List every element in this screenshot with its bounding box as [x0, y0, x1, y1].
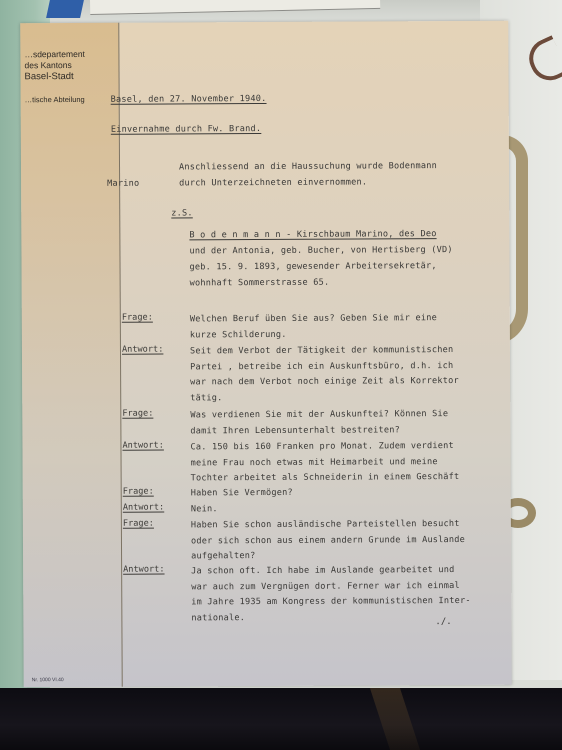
person-line: und der Antonia, geb. Bucher, von Hertis…: [189, 243, 452, 260]
intro-margin-word: Marino: [107, 177, 139, 193]
intro-line-1: Anschliessend an die Haussuchung wurde B…: [179, 159, 437, 176]
dialogue-label: Frage:: [123, 518, 193, 528]
letterhead: …sdepartement des Kantons Basel-Stadt …t…: [24, 49, 85, 105]
dialogue-text-line: Ca. 150 bis 160 Franken pro Monat. Zudem…: [190, 439, 453, 456]
dialogue-text-line: Haben Sie schon ausländische Parteistell…: [191, 517, 460, 534]
dialogue-text-line: Welchen Beruf üben Sie aus? Geben Sie mi…: [190, 311, 437, 328]
letterhead-department: …sdepartement: [24, 49, 85, 60]
person-line: geb. 15. 9. 1893, gewesender Arbeitersek…: [190, 259, 437, 276]
dialogue-text-line: Partei , betreibe ich ein Auskunftsbüro,…: [190, 359, 453, 376]
dialogue-text-line: oder sich schon aus einem andern Grunde …: [191, 533, 465, 550]
dialogue-label: Frage:: [123, 486, 193, 496]
dialogue-text-line: war nach dem Verbot noch einige Zeit als…: [190, 374, 459, 391]
dialogue-text-line: aufgehalten?: [191, 549, 256, 565]
dialogue-label: Antwort:: [122, 344, 192, 354]
dialogue-label: Antwort:: [123, 502, 193, 512]
intro-line-2: durch Unterzeichneten einvernommen.: [179, 175, 367, 192]
letterhead-canton: des Kantons: [24, 60, 85, 71]
continuation-mark: ./.: [435, 617, 451, 627]
dialogue-text-line: Seit dem Verbot der Tätigkeit der kommun…: [190, 343, 453, 360]
dialogue-text-line: damit Ihren Lebensunterhalt bestreiten?: [190, 423, 400, 440]
dialogue-text-line: meine Frau noch etwas mit Heimarbeit und…: [191, 455, 438, 472]
dialogue-text-line: Tochter arbeitet als Schneiderin in eine…: [191, 470, 460, 487]
blue-folder-tab: [46, 0, 84, 18]
dialogue-text-line: Ja schon oft. Ich habe im Auslande gearb…: [191, 563, 454, 580]
dialogue-text-line: war auch zum Vergnügen dort. Ferner war …: [191, 579, 460, 596]
dialogue-label: Antwort:: [122, 440, 192, 450]
dialogue-text-line: Haben Sie Vermögen?: [191, 486, 293, 502]
person-name: B o d e n m a n n - Kirschbaum Marino, d…: [189, 229, 436, 240]
desk-surface: [0, 688, 562, 750]
document-page: …sdepartement des Kantons Basel-Stadt …t…: [20, 21, 511, 688]
dialogue-text-line: Was verdienen Sie mit der Auskunftei? Kö…: [190, 407, 448, 424]
dialogue-label: Frage:: [122, 312, 192, 322]
dialogue-text-line: Nein.: [191, 502, 218, 518]
date-line: Basel, den 27. November 1940.: [111, 92, 267, 108]
letterhead-city: Basel-Stadt: [25, 71, 86, 82]
subject-line: Einvernahme durch Fw. Brand.: [111, 122, 262, 138]
dialogue-text-line: kurze Schilderung.: [190, 327, 287, 343]
margin-strip: [20, 23, 121, 688]
person-name-line: B o d e n m a n n - Kirschbaum Marino, d…: [189, 227, 436, 244]
dialogue-text-line: nationale.: [191, 611, 245, 627]
letterhead-division: …tische Abteilung: [25, 94, 86, 105]
dialogue-text-line: im Jahre 1935 am Kongress der kommunisti…: [191, 594, 471, 611]
form-code: Nr. 1000 VI.40: [32, 677, 64, 683]
person-line: wohnhaft Sommerstrasse 65.: [190, 276, 330, 292]
dialogue-label: Frage:: [122, 408, 192, 418]
dialogue-text-line: tätig.: [190, 391, 222, 407]
dialogue-label: Antwort:: [123, 564, 193, 574]
abbreviation: z.S.: [171, 206, 193, 222]
